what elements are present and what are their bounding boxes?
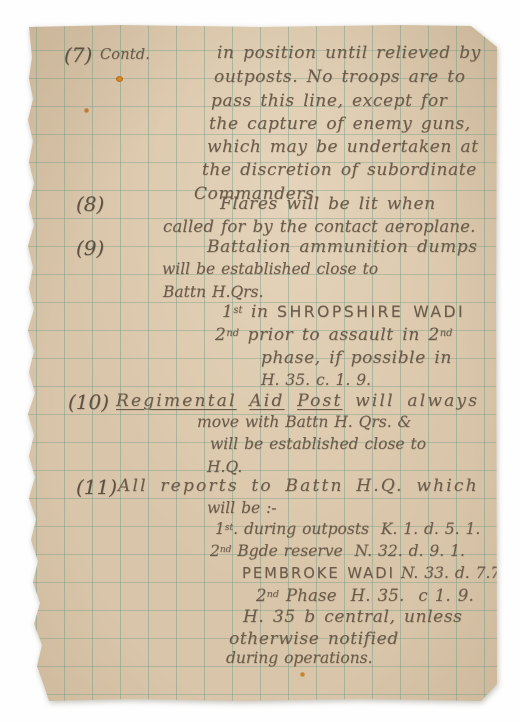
handwritten-line: Flares will be lit when [220,195,436,215]
item-7-contd: Contd. [100,47,150,64]
handwritten-line: will be :- [207,500,277,518]
handwritten-line: move with Battn H. Qrs. & [197,414,411,432]
handwritten-line: Battn H.Qrs. [163,284,263,302]
handwritten-line: Regimental Aid Post will always [116,392,479,412]
handwritten-line: 2nd Phase H. 35. c 1. 9. [256,587,474,606]
block-capitals: SHROPSHIRE WADI [277,302,465,321]
text-segment: st [225,523,233,533]
handwritten-line: the capture of enemy guns, [209,115,471,135]
text-segment: nd [226,328,239,339]
handwritten-line: PEMBROKE WADI N. 33. d. 7.7. [242,565,505,583]
handwriting-layer: (7)Contd.in position until relieved byou… [0,0,520,722]
handwritten-line: phase, if possible in [261,349,452,369]
paper-shadow: (7)Contd.in position until relieved byou… [0,0,520,722]
handwritten-line: in position until relieved by [217,44,481,64]
underlined-word: Post [297,391,342,411]
handwritten-line: will be established close to [210,436,426,454]
handwritten-line: H. 35 b central, unless [243,608,462,628]
handwritten-line: outposts. No troops are to [214,68,466,88]
handwritten-line: otherwise notified [229,630,399,650]
handwritten-line: 1st in SHROPSHIRE WADI [222,303,465,323]
handwritten-line: which may be undertaken at [207,138,479,158]
document-scan: (7)Contd.in position until relieved byou… [0,0,520,722]
handwritten-line: called for by the contact aeroplane. [163,218,476,237]
text-segment: . during outposts K. 1. d. 5. 1. [233,520,480,538]
handwritten-line: Battalion ammunition dumps [207,238,478,258]
handwritten-line: during operations. [226,650,373,668]
handwritten-line: 2nd Bgde reserve N. 32. d. 9. 1. [210,543,465,561]
handwritten-line: 1st. during outposts K. 1. d. 5. 1. [215,521,480,539]
handwritten-line: the discretion of subordinate [202,161,477,181]
item-7-number: (7) [64,44,92,67]
item-8-number: (8) [76,193,104,216]
text-segment: st [233,305,242,316]
text-segment: N. 33. d. 7.7. [395,564,505,582]
text-segment: prior to assault in 2 [239,325,440,345]
handwritten-line: pass this line, except for [211,92,448,112]
text-segment: Phase H. 35. c 1. 9. [279,586,474,605]
text-segment [237,391,250,411]
text-segment: 2 [256,586,267,605]
handwritten-line: H. 35. c. 1. 9. [261,372,371,390]
underlined-word: Aid [249,391,284,411]
handwritten-line: will be established close to [162,261,378,279]
item-9-number: (9) [76,237,104,260]
block-capitals: PEMBROKE WADI [242,565,395,582]
handwritten-line: 2nd prior to assault in 2nd [215,326,452,346]
torn-graph-paper-sheet: (7)Contd.in position until relieved byou… [0,0,520,722]
handwritten-line: H.Q. [207,459,242,477]
text-segment: nd [440,328,453,339]
text-segment: 1 [222,302,233,322]
text-segment: in [242,302,277,322]
text-segment: will always [342,391,479,411]
handwritten-line: All reports to Battn H.Q. which [118,477,479,497]
text-segment: 2 [215,325,226,345]
text-segment: nd [220,545,232,555]
text-segment [285,391,298,411]
text-segment: nd [267,589,279,600]
item-10-number: (10) [68,391,109,414]
text-segment: 2 [210,542,220,560]
item-11-number: (11) [76,476,117,499]
text-segment: 1 [215,520,225,538]
text-segment: Bgde reserve N. 32. d. 9. 1. [231,542,464,560]
underlined-word: Regimental [116,391,237,411]
